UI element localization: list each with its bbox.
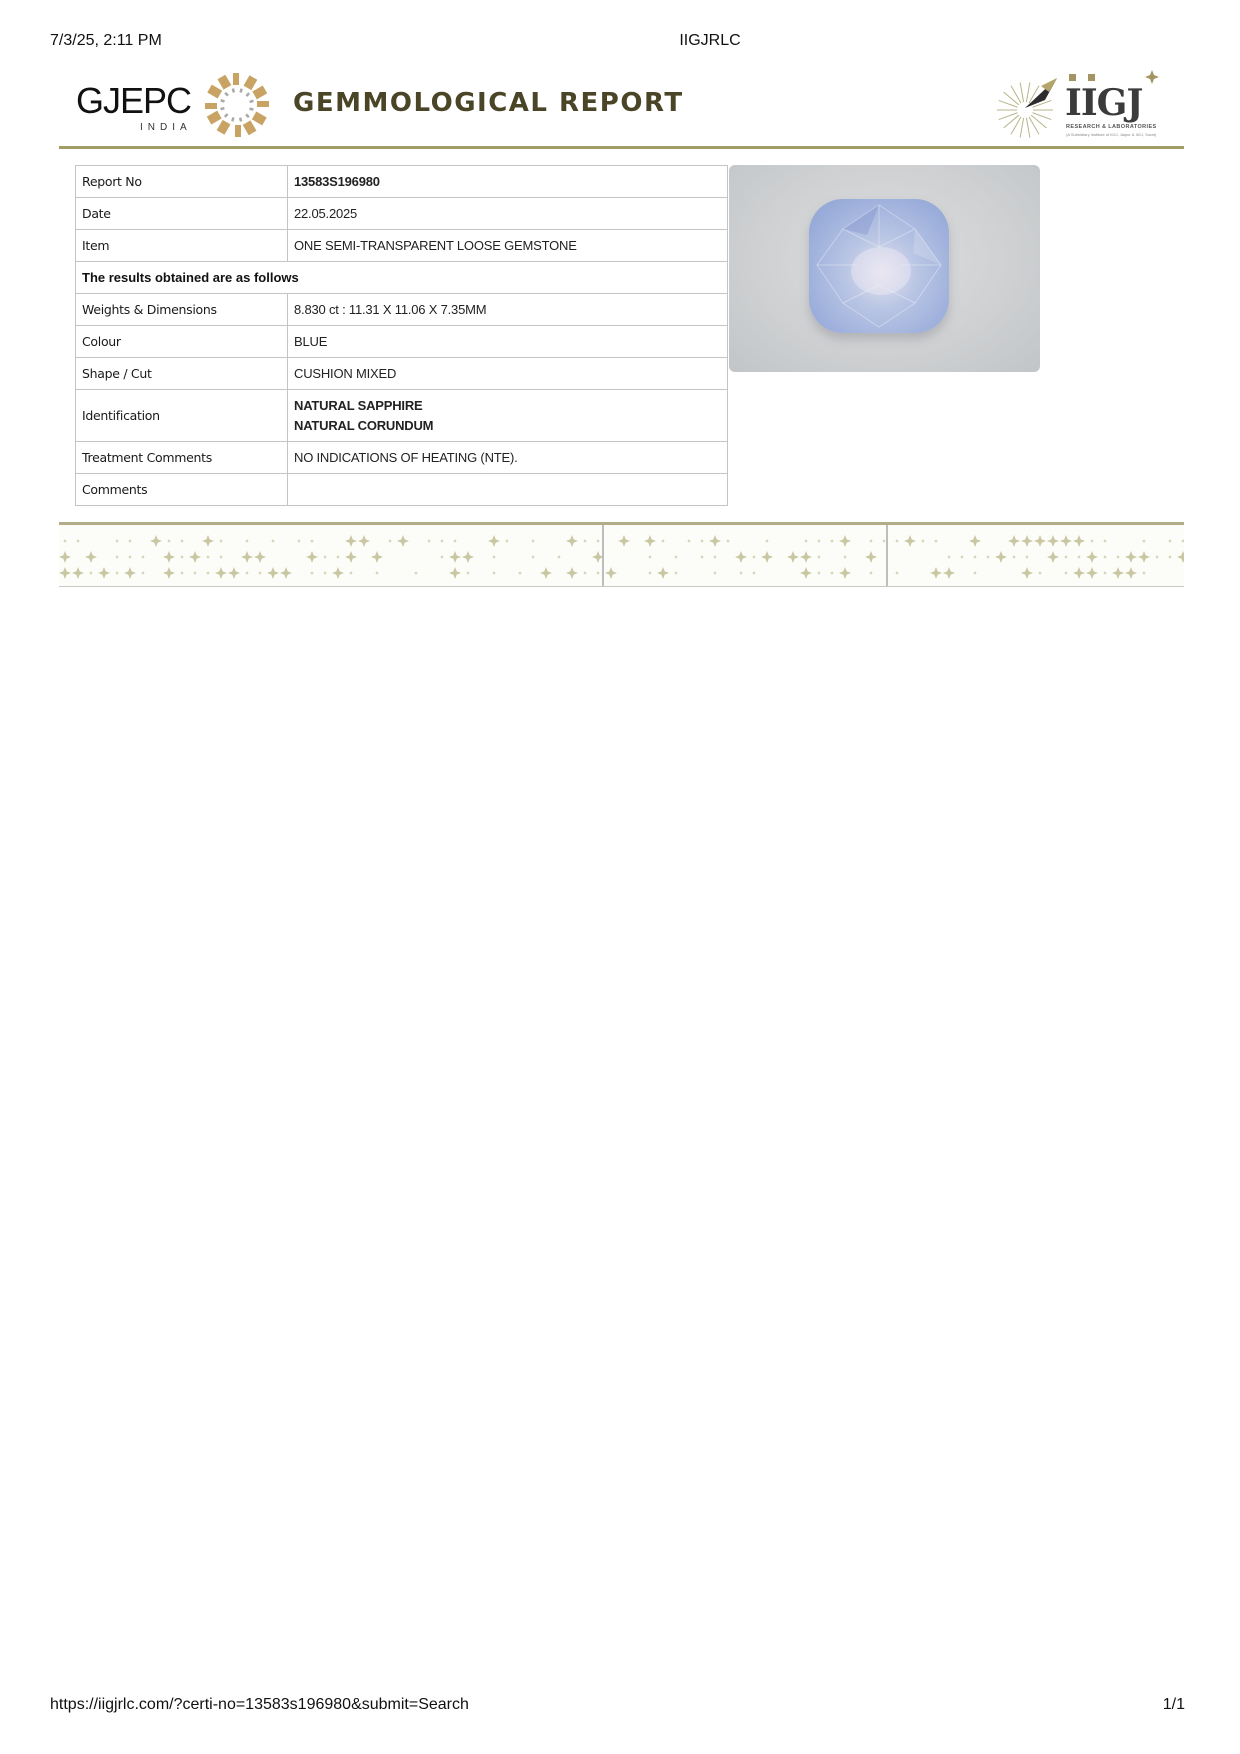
table-row-date: Date 22.05.2025 xyxy=(76,198,728,230)
identification-value: NATURAL SAPPHIRE NATURAL CORUNDUM xyxy=(288,390,728,442)
header-rule xyxy=(59,146,1184,149)
report-table: Report No 13583S196980 Date 22.05.2025 I… xyxy=(75,165,728,506)
letterhead: GJEPC INDIA GEMMOLOGICAL REPORT IIGJ RES… xyxy=(60,66,1183,148)
starburst-logo-icon xyxy=(995,72,1065,142)
table-row-report-no: Report No 13583S196980 xyxy=(76,166,728,198)
band-divider xyxy=(886,525,888,586)
identification-label: Identification xyxy=(76,390,288,442)
print-url: https://iigjrlc.com/?certi-no=13583s1969… xyxy=(50,1696,469,1714)
table-row-identification: Identification NATURAL SAPPHIRE NATURAL … xyxy=(76,390,728,442)
table-row-comments: Comments xyxy=(76,474,728,506)
gjepc-logo: GJEPC INDIA xyxy=(76,74,286,144)
table-row-section-heading: The results obtained are as follows xyxy=(76,262,728,294)
table-row-weights: Weights & Dimensions 8.830 ct : 11.31 X … xyxy=(76,294,728,326)
gjepc-logo-subtitle: INDIA xyxy=(140,122,192,133)
iigj-logo: IIGJ RESEARCH & LABORATORIES (A Subsidia… xyxy=(995,68,1165,144)
identification-line-2: NATURAL CORUNDUM xyxy=(294,416,721,436)
treatment-value: NO INDICATIONS OF HEATING (NTE). xyxy=(288,442,728,474)
iigj-logo-text: IIGJ xyxy=(1065,82,1142,124)
gjepc-logo-text: GJEPC xyxy=(76,80,191,122)
item-value: ONE SEMI-TRANSPARENT LOOSE GEMSTONE xyxy=(288,230,728,262)
shape-label: Shape / Cut xyxy=(76,358,288,390)
print-header: 7/3/25, 2:11 PM IIGJRLC xyxy=(0,32,1240,52)
print-footer: https://iigjrlc.com/?certi-no=13583s1969… xyxy=(0,1696,1240,1716)
print-page-title: IIGJRLC xyxy=(0,32,1240,50)
colour-value: BLUE xyxy=(288,326,728,358)
star-pattern-icon xyxy=(59,525,1184,586)
iigj-logo-subtitle: RESEARCH & LABORATORIES xyxy=(1066,124,1157,130)
report-no-label: Report No xyxy=(76,166,288,198)
table-row-shape: Shape / Cut CUSHION MIXED xyxy=(76,358,728,390)
date-label: Date xyxy=(76,198,288,230)
gem-facets-icon xyxy=(809,199,949,333)
weights-label: Weights & Dimensions xyxy=(76,294,288,326)
comments-label: Comments xyxy=(76,474,288,506)
table-row-treatment: Treatment Comments NO INDICATIONS OF HEA… xyxy=(76,442,728,474)
weights-value: 8.830 ct : 11.31 X 11.06 X 7.35MM xyxy=(288,294,728,326)
report-no-value: 13583S196980 xyxy=(288,166,728,198)
table-row-colour: Colour BLUE xyxy=(76,326,728,358)
band-divider xyxy=(602,525,604,586)
gemstone-image xyxy=(809,199,949,333)
results-section-heading: The results obtained are as follows xyxy=(76,262,728,294)
table-row-item: Item ONE SEMI-TRANSPARENT LOOSE GEMSTONE xyxy=(76,230,728,262)
shape-value: CUSHION MIXED xyxy=(288,358,728,390)
comments-value xyxy=(288,474,728,506)
date-value: 22.05.2025 xyxy=(288,198,728,230)
identification-line-1: NATURAL SAPPHIRE xyxy=(294,396,721,416)
iigj-logo-tagline: (A Subsidiary Institute of IIGJ, Jaipur … xyxy=(1066,132,1156,137)
report-title: GEMMOLOGICAL REPORT xyxy=(293,88,684,118)
decorative-star-band xyxy=(59,522,1184,587)
gemstone-photo xyxy=(729,165,1040,372)
item-label: Item xyxy=(76,230,288,262)
sun-burst-logo-icon xyxy=(204,72,270,138)
colour-label: Colour xyxy=(76,326,288,358)
print-page-number: 1/1 xyxy=(1163,1696,1185,1714)
treatment-label: Treatment Comments xyxy=(76,442,288,474)
